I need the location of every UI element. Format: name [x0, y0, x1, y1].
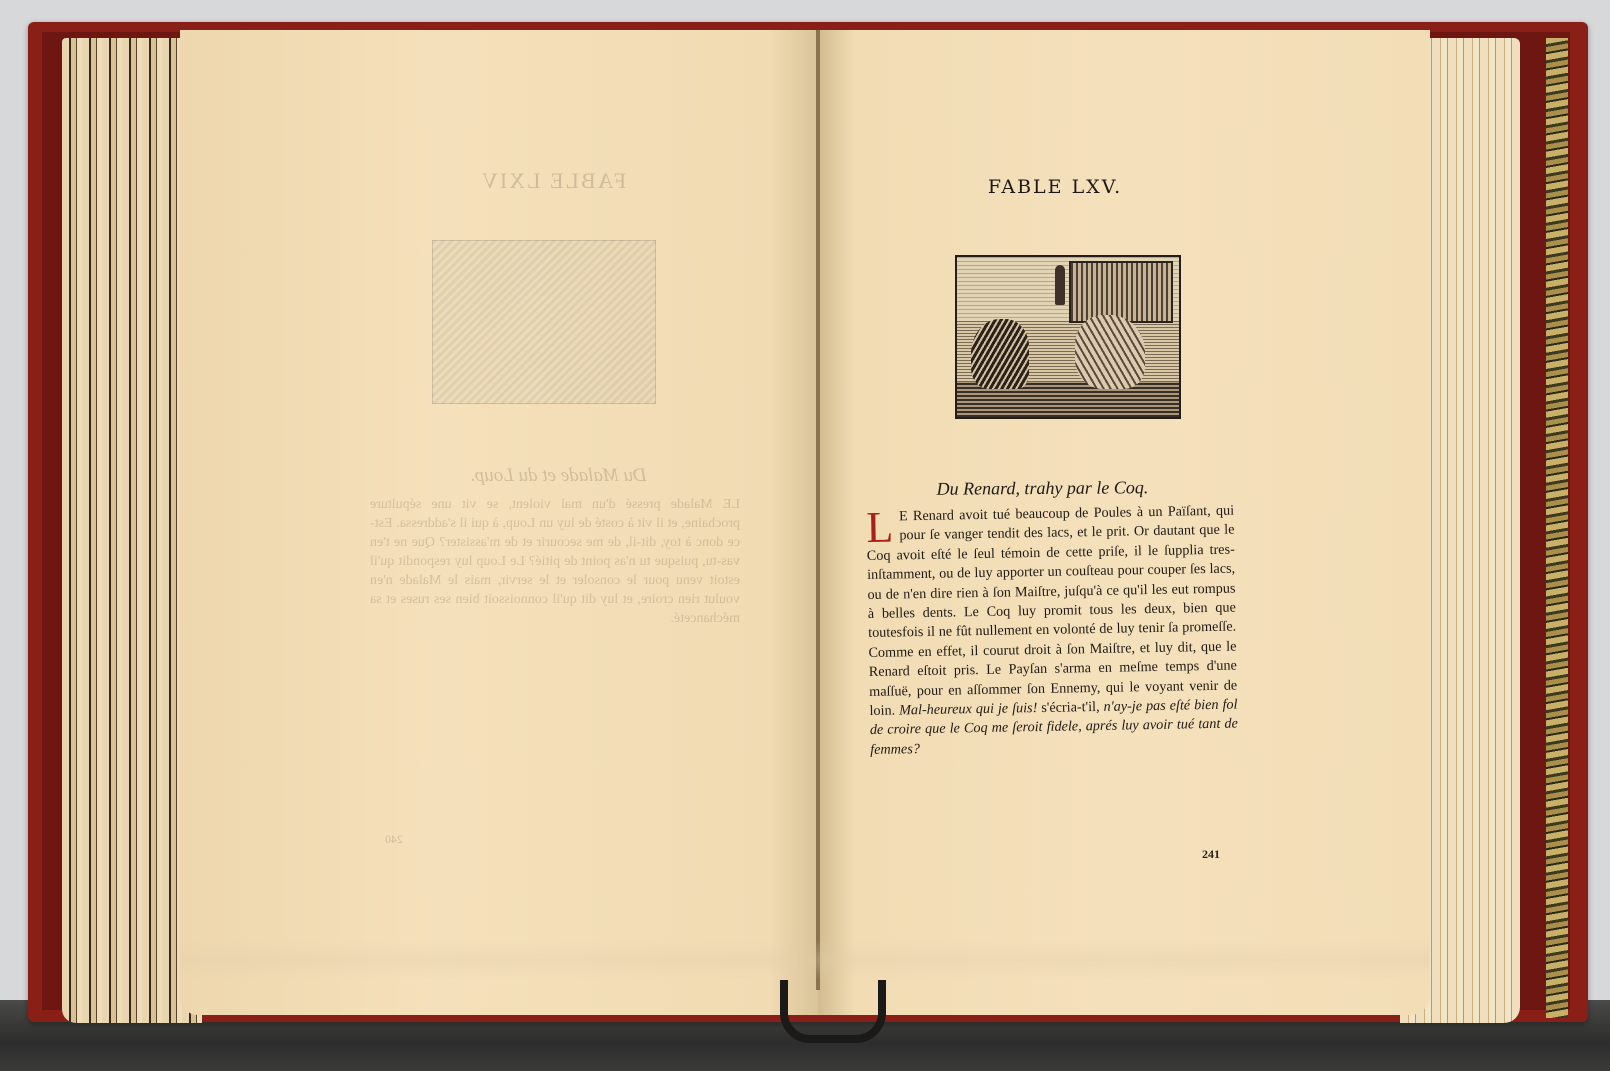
- ghost-fable-subtitle: Du Malade et du Loup.: [470, 465, 647, 487]
- fable-body: LE Renard avoit tué beaucoup de Poules à…: [866, 502, 1238, 761]
- page-number: 241: [1202, 847, 1220, 862]
- fable-body-italic-exclamation: Mal-heureux qui je ſuis!: [899, 700, 1037, 718]
- ghost-page-number: 240: [385, 832, 403, 847]
- woodcut-farmhouse: [1069, 261, 1173, 323]
- drop-cap: L: [866, 510, 894, 546]
- fable-body-text-mid: s'écria-t'il,: [1037, 699, 1104, 716]
- bookmark-ribbon: [780, 980, 886, 1043]
- fable-subtitle: Du Renard, trahy par le Coq.: [900, 477, 1185, 500]
- fable-title: FABLE LXV.: [960, 176, 1150, 198]
- woodcut-illustration: [955, 255, 1181, 419]
- book-gutter: [816, 30, 820, 990]
- ghost-fable-body: LE Malade pressé d'un mal violent, se vi…: [370, 495, 740, 628]
- ghost-illustration: [432, 240, 656, 404]
- woodcut-rooster: [971, 319, 1029, 389]
- ghost-fable-title: FABLE LXIV: [480, 168, 626, 194]
- woodcut-peasant: [1055, 265, 1065, 305]
- fable-body-text: E Renard avoit tué beaucoup de Poules à …: [867, 503, 1238, 719]
- woodcut-fox: [1075, 315, 1145, 389]
- marbled-endpaper: [1546, 38, 1568, 1018]
